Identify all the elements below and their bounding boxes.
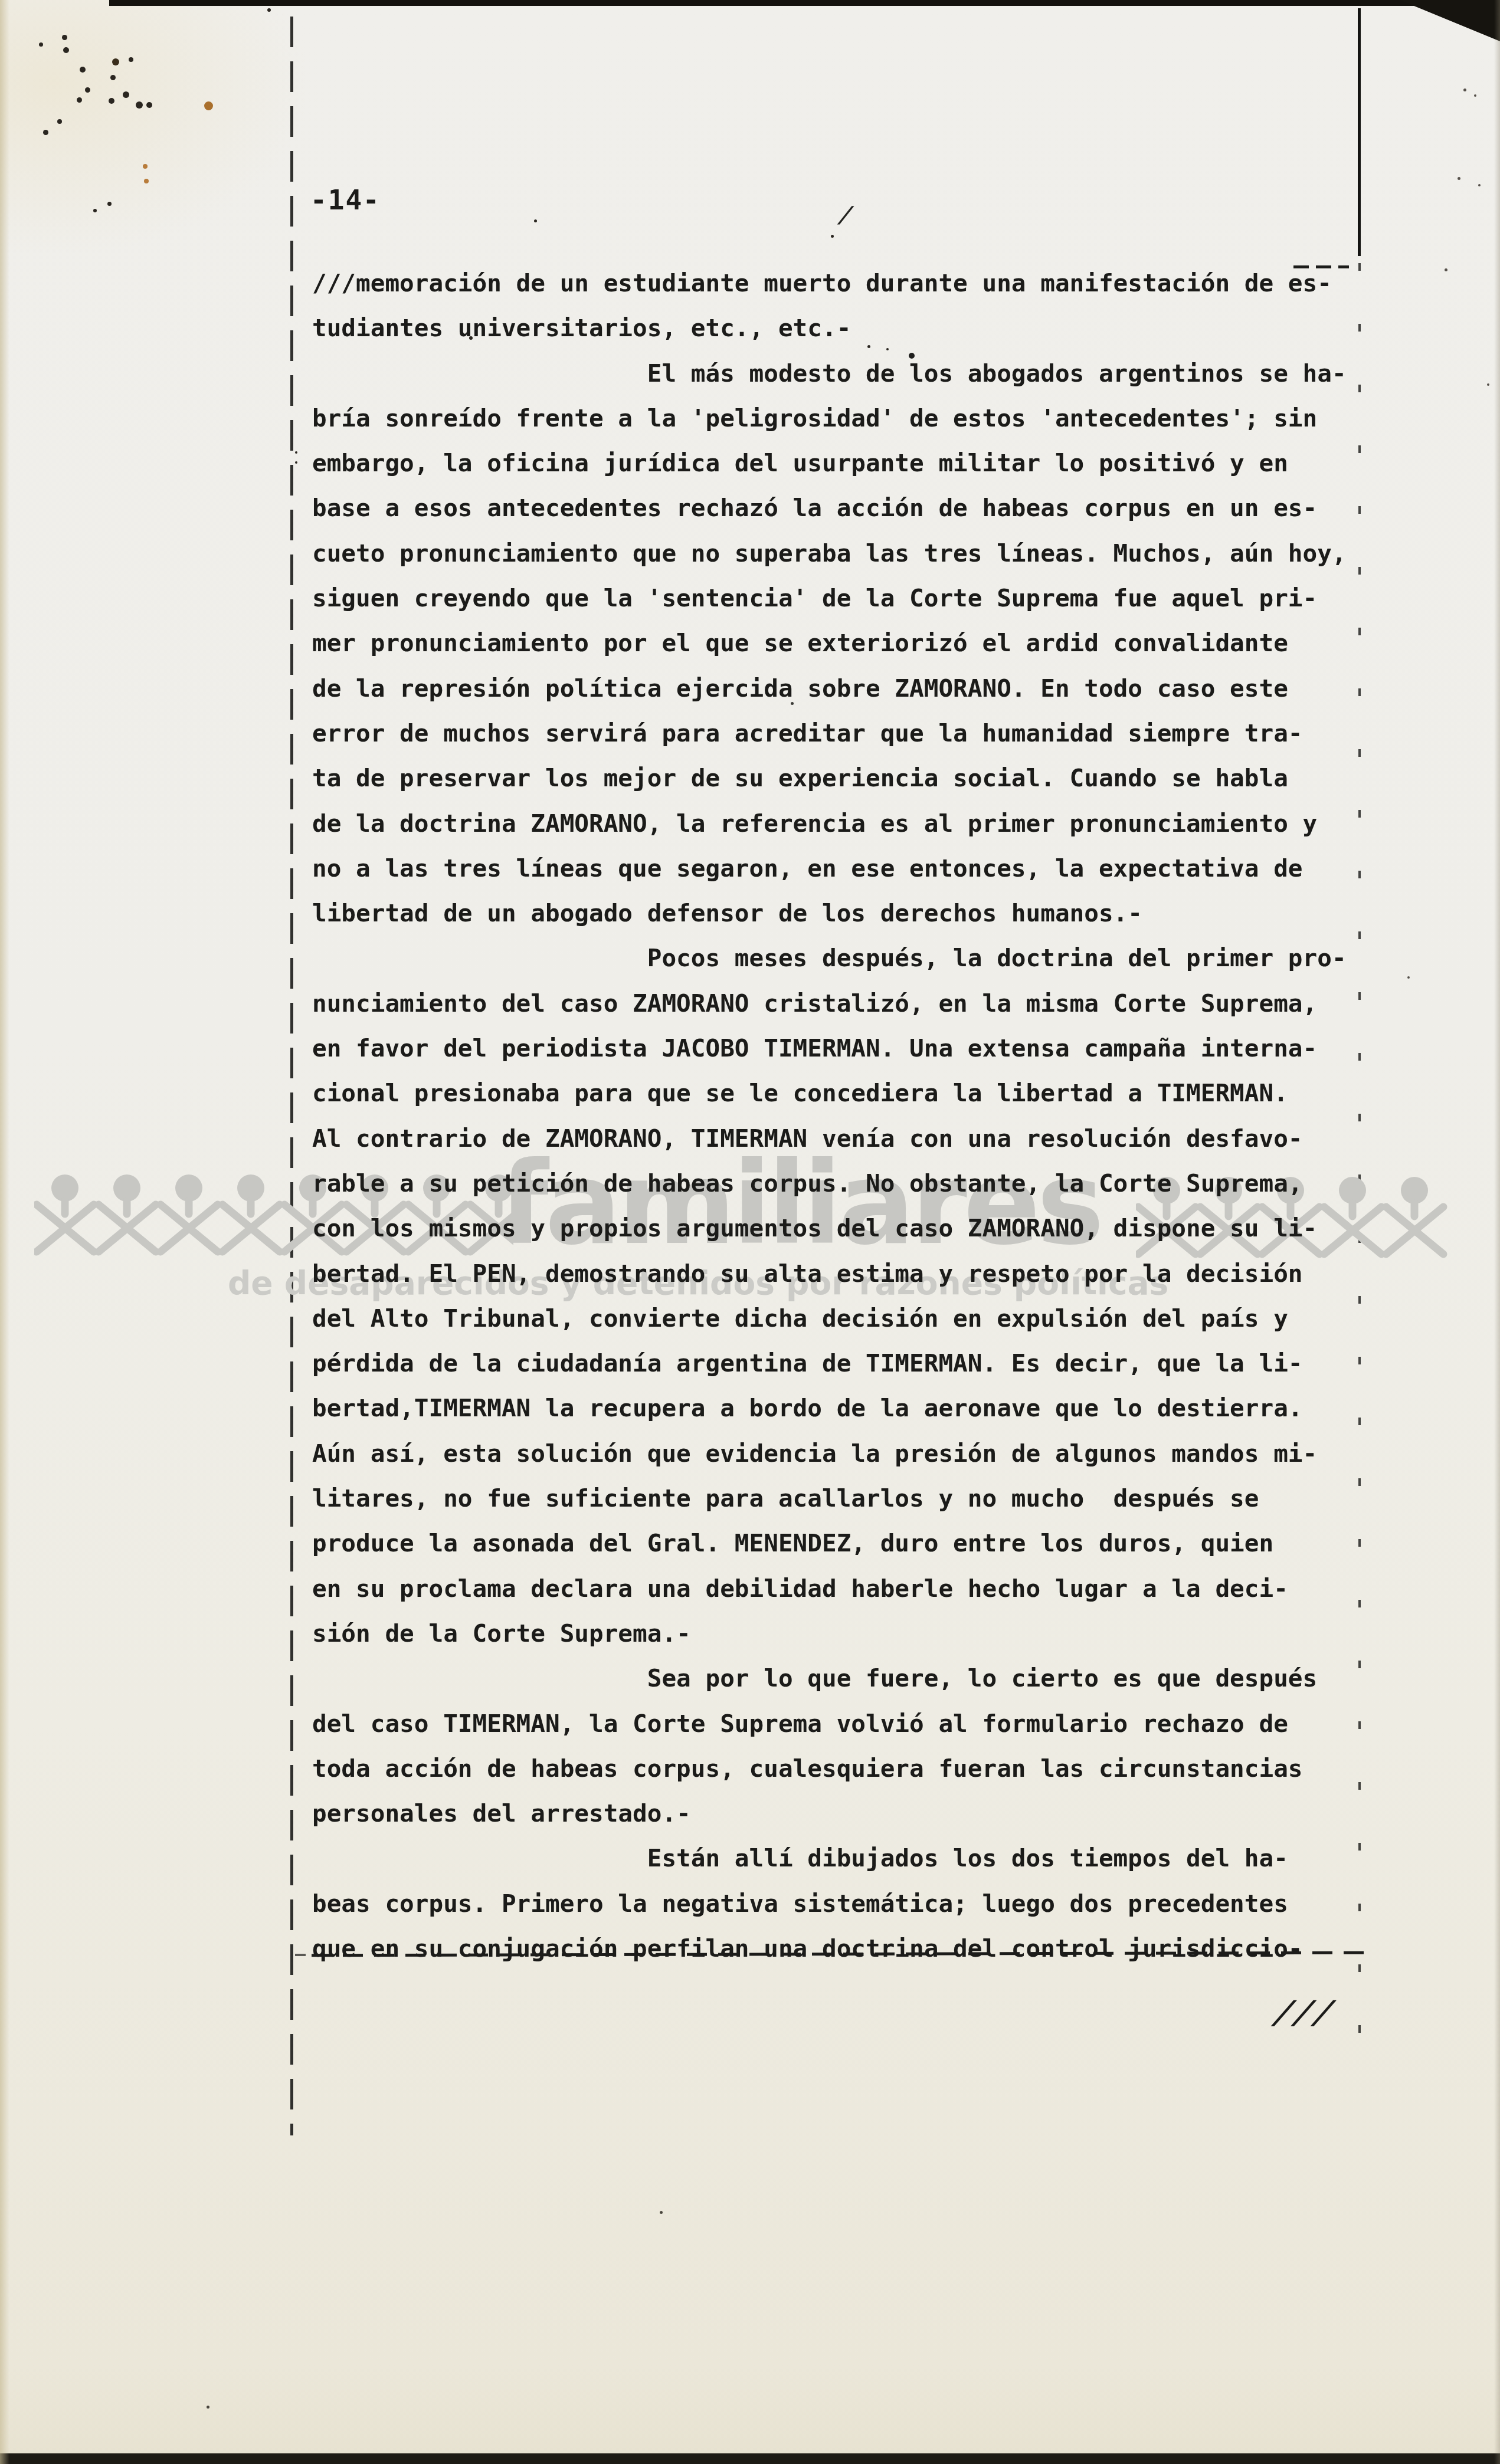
right-margin-rule <box>1358 8 1361 256</box>
dashed-rule-lead <box>295 1954 306 1956</box>
underline-mark <box>1293 265 1349 268</box>
scan-speckle <box>204 101 213 110</box>
body-line: litares, no fue suficiente para acallarl… <box>312 1476 1374 1521</box>
scan-speckle <box>1478 184 1481 186</box>
scan-speckle <box>469 336 473 340</box>
body-line: Están allí dibujados los dos tiempos del… <box>312 1836 1374 1881</box>
scan-speckle <box>143 164 148 169</box>
scan-speckle <box>109 98 114 104</box>
scan-speckle <box>886 348 889 350</box>
body-line: Aún así, esta solución que evidencia la … <box>312 1431 1374 1476</box>
scan-speckle <box>534 219 537 222</box>
continuation-end-mark: /// <box>1267 1994 1341 2031</box>
scan-speckle <box>1407 976 1410 979</box>
scan-speckle <box>1474 94 1476 97</box>
body-line: libertad de un abogado defensor de los d… <box>312 891 1374 936</box>
scan-speckle <box>85 87 90 93</box>
body-line: del caso TIMERMAN, la Corte Suprema volv… <box>312 1701 1374 1746</box>
body-line: tudiantes universitarios, etc., etc.- <box>312 306 1374 350</box>
body-line: en favor del periodista JACOBO TIMERMAN.… <box>312 1026 1374 1071</box>
scan-corner-fold <box>1400 0 1500 41</box>
scan-edge-top <box>109 0 1500 6</box>
body-line: bría sonreído frente a la 'peligrosidad'… <box>312 396 1374 441</box>
stray-mark: / <box>835 202 857 228</box>
scan-speckle <box>80 67 86 73</box>
body-line: nunciamiento del caso ZAMORANO cristaliz… <box>312 981 1374 1026</box>
left-margin-rule <box>290 17 293 2135</box>
scan-speckle <box>110 75 116 80</box>
scan-edge-bottom <box>0 2453 1500 2464</box>
scan-speckle <box>144 179 149 183</box>
body-line: de la represión política ejercida sobre … <box>312 666 1374 711</box>
body-line: Pocos meses después, la doctrina del pri… <box>312 936 1374 980</box>
body-line: Sea por lo que fuere, lo cierto es que d… <box>312 1656 1374 1701</box>
scan-speckle <box>123 91 129 98</box>
scan-speckle <box>295 461 297 464</box>
scan-speckle <box>1445 268 1447 271</box>
scan-speckle <box>43 130 48 135</box>
body-line: ta de preservar los mejor de su experien… <box>312 756 1374 800</box>
scan-speckle <box>39 42 43 47</box>
scan-speckle <box>267 8 271 12</box>
scan-speckle <box>295 451 297 454</box>
body-line: personales del arrestado.- <box>312 1791 1374 1836</box>
body-line: del Alto Tribunal, convierte dicha decis… <box>312 1296 1374 1341</box>
scan-speckle <box>1458 177 1460 180</box>
body-line: sión de la Corte Suprema.- <box>312 1611 1374 1656</box>
scan-speckle <box>77 97 82 103</box>
scan-speckle <box>129 57 133 62</box>
body-line: embargo, la oficina jurídica del usurpan… <box>312 441 1374 485</box>
body-line: bertad. El PEN, demostrando su alta esti… <box>312 1251 1374 1296</box>
scan-speckle <box>136 101 143 109</box>
body-line: que en su conjugación perfilan una doctr… <box>312 1926 1374 1971</box>
page-number: -14- <box>310 184 381 216</box>
scan-speckle <box>207 2406 209 2409</box>
body-line: rable a su petición de habeas corpus. No… <box>312 1161 1374 1206</box>
scan-speckle <box>146 102 152 108</box>
body-line: toda acción de habeas corpus, cualesquie… <box>312 1746 1374 1791</box>
scan-speckle <box>93 209 97 212</box>
scan-speckle <box>107 202 112 206</box>
body-line: produce la asonada del Gral. MENENDEZ, d… <box>312 1521 1374 1566</box>
scan-speckle <box>867 345 870 348</box>
body-line: bertad,TIMERMAN la recupera a bordo de l… <box>312 1386 1374 1431</box>
scan-speckle <box>112 58 119 65</box>
body-line: con los mismos y propios argumentos del … <box>312 1206 1374 1251</box>
document-body: ///memoración de un estudiante muerto du… <box>312 261 1374 1971</box>
document-page: familiares de desaparecidos y detenidos … <box>0 0 1500 2464</box>
scan-speckle <box>1487 383 1489 386</box>
body-line: siguen creyendo que la 'sentencia' de la… <box>312 576 1374 621</box>
scan-speckle <box>1463 88 1466 91</box>
scan-speckle <box>57 119 62 124</box>
body-line: en su proclama declara una debilidad hab… <box>312 1566 1374 1611</box>
body-line: beas corpus. Primero la negativa sistemá… <box>312 1881 1374 1926</box>
scan-speckle <box>909 353 915 359</box>
body-line: error de muchos servirá para acreditar q… <box>312 711 1374 756</box>
scan-speckle <box>791 702 794 705</box>
body-line: cional presionaba para que se le concedi… <box>312 1071 1374 1115</box>
body-line: no a las tres líneas que segaron, en ese… <box>312 846 1374 891</box>
scan-speckle <box>62 35 67 40</box>
scan-edge-right <box>1494 0 1500 2464</box>
body-line: pérdida de la ciudadanía argentina de TI… <box>312 1341 1374 1386</box>
body-line: El más modesto de los abogados argentino… <box>312 351 1374 396</box>
scan-edge-left <box>0 0 9 2464</box>
body-line: mer pronunciamiento por el que se exteri… <box>312 621 1374 665</box>
scan-speckle <box>660 2211 663 2214</box>
body-line: base a esos antecedentes rechazó la acci… <box>312 485 1374 530</box>
body-line: de la doctrina ZAMORANO, la referencia e… <box>312 801 1374 846</box>
body-line: ///memoración de un estudiante muerto du… <box>312 261 1374 306</box>
scan-speckle <box>63 47 69 53</box>
body-line: Al contrario de ZAMORANO, TIMERMAN venía… <box>312 1116 1374 1161</box>
body-line: cueto pronunciamiento que no superaba la… <box>312 531 1374 576</box>
scan-speckle <box>831 235 834 238</box>
